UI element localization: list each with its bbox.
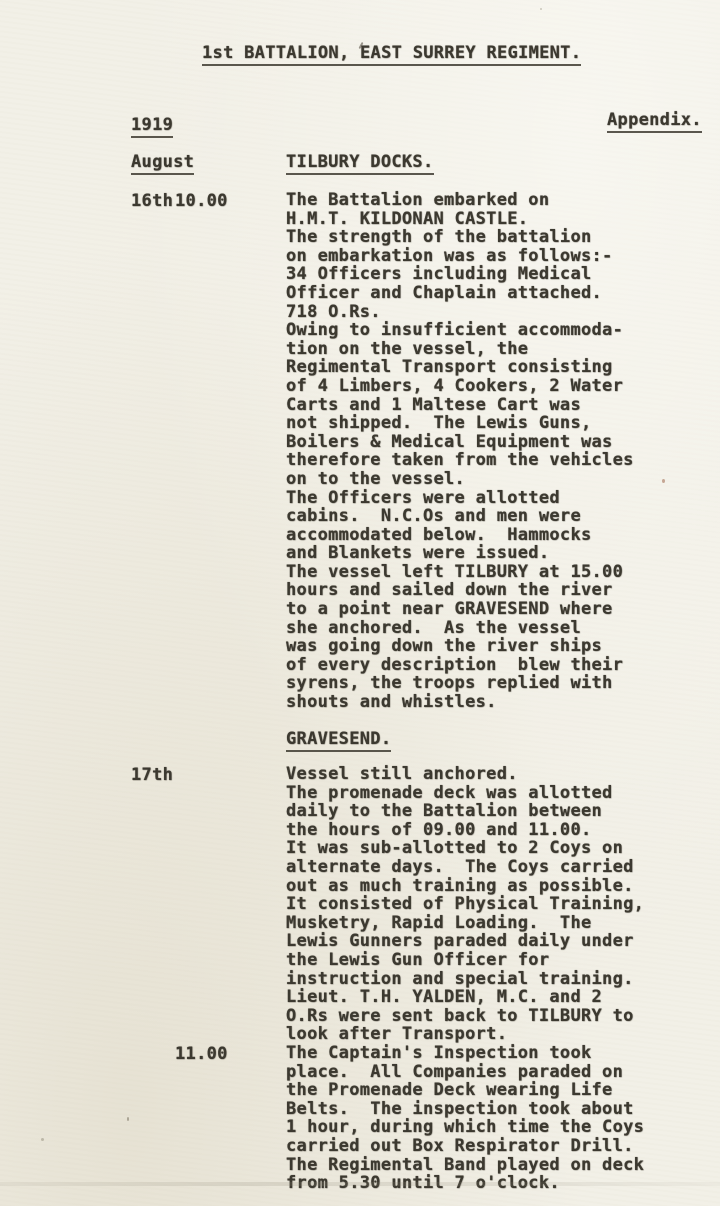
paper-speck	[41, 1138, 44, 1141]
section-heading-gravesend: GRAVESEND.	[286, 729, 391, 752]
diary-entry-16th: 16th 10.00 The Battalion embarked on H.M…	[0, 191, 720, 712]
page-title-text: 1st BATTALION, EAST SURREY REGIMENT.	[202, 43, 581, 66]
entry-date: 16th	[131, 191, 173, 211]
appendix-label: Appendix.	[607, 110, 702, 133]
entry-time: 10.00	[175, 191, 228, 211]
paper-shadow-line	[0, 1182, 720, 1186]
entry-body: The Battalion embarked on H.M.T. KILDONA…	[286, 191, 720, 712]
entry-time: 11.00	[175, 1044, 228, 1064]
section-heading-tilbury-docks: TILBURY DOCKS.	[286, 152, 434, 175]
paper-speck	[540, 8, 542, 10]
document-sheet: 1st BATTALION, EAST SURREY REGIMENT. 191…	[0, 0, 720, 1206]
year-label: 1919	[131, 115, 173, 138]
diary-entry-17th: 17th Vessel still anchored. The promenad…	[0, 765, 720, 1044]
month-label: August	[131, 152, 194, 175]
diary-entry-11-00: 11.00 The Captain's Inspection took plac…	[0, 1044, 720, 1193]
paper-speck	[127, 1117, 129, 1121]
entry-body: The Captain's Inspection took place. All…	[286, 1044, 720, 1193]
entry-body: Vessel still anchored. The promenade dec…	[286, 765, 720, 1044]
page-title: 1st BATTALION, EAST SURREY REGIMENT.	[202, 43, 581, 66]
entry-date: 17th	[131, 765, 173, 785]
paper-speck	[662, 479, 665, 483]
